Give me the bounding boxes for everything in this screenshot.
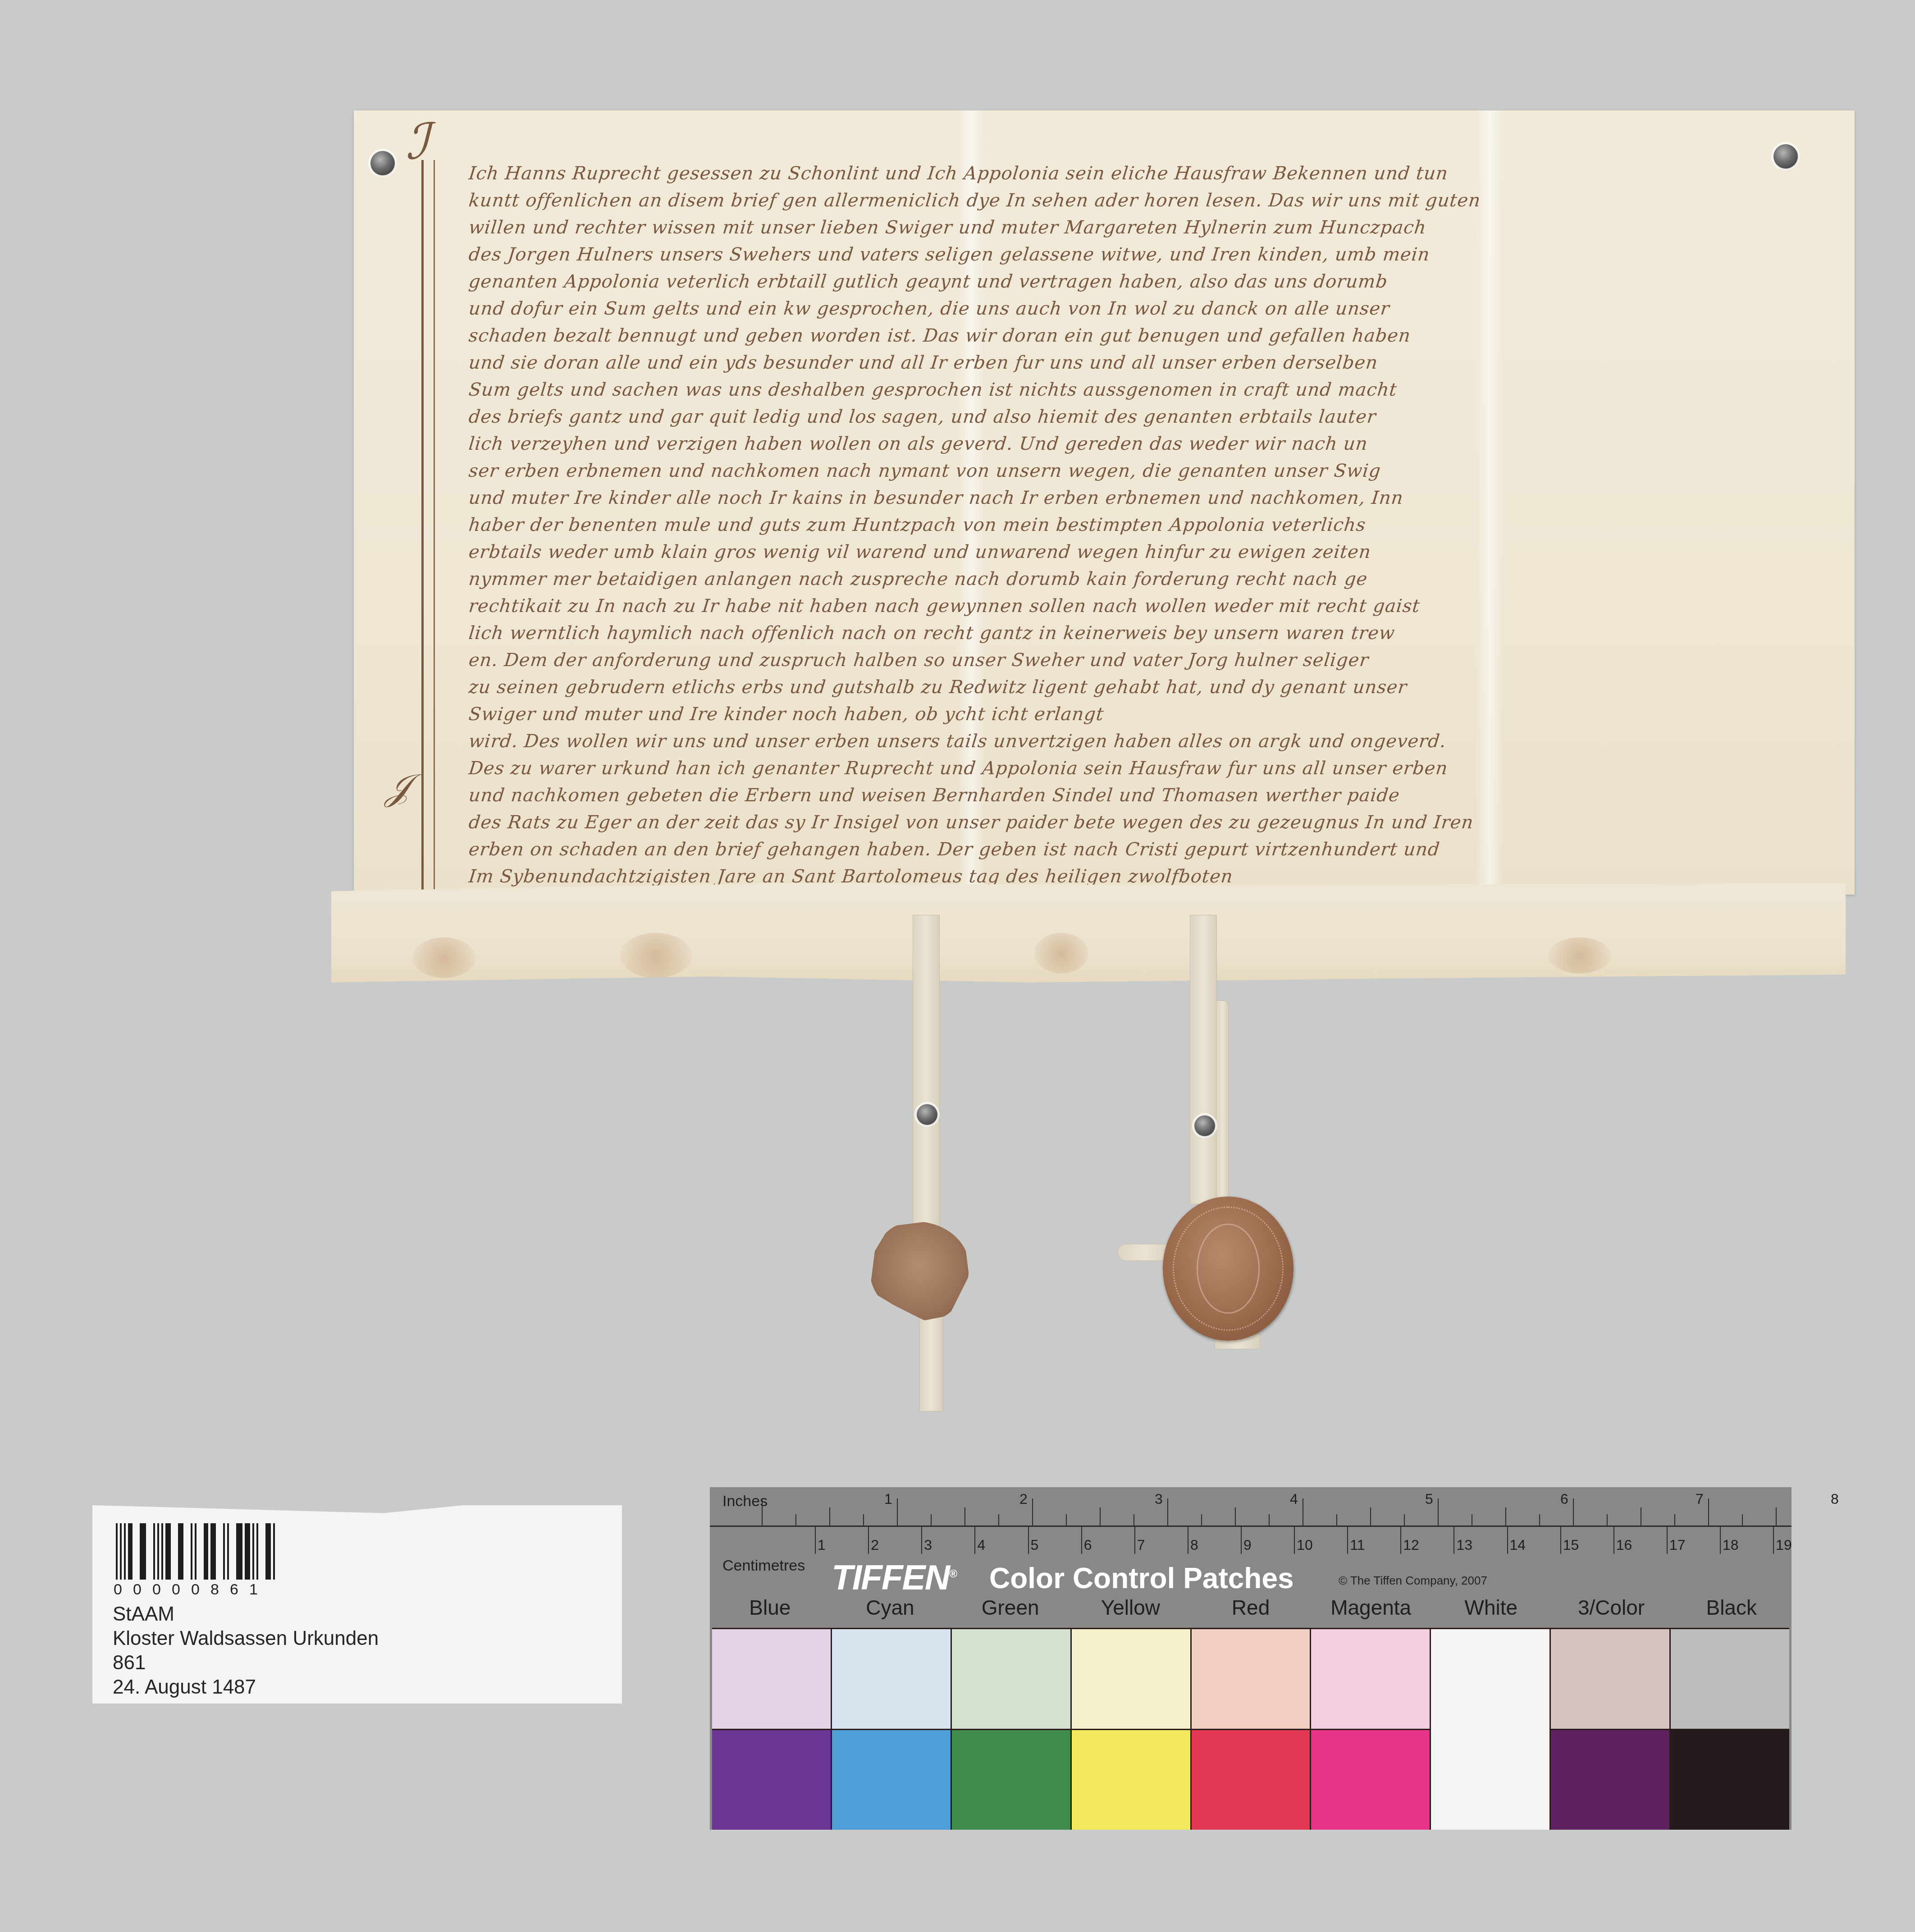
patch-light-black bbox=[1671, 1629, 1789, 1730]
ruler: Inches 12345678 bbox=[710, 1487, 1792, 1527]
seal-tag-tail bbox=[919, 1307, 943, 1411]
collection-name: Kloster Waldsassen Urkunden bbox=[113, 1626, 379, 1651]
seal-tag-strip bbox=[913, 915, 940, 1240]
script-line: rechtikait zu In nach zu Ir habe nit hab… bbox=[467, 593, 1831, 620]
patch-label-green: Green bbox=[950, 1595, 1070, 1620]
charter-text: Ich Hanns Ruprecht gesessen zu Schonlint… bbox=[469, 160, 1830, 890]
script-line: des Rats zu Eger an der zeit das sy Ir I… bbox=[467, 809, 1831, 836]
mounting-pin-icon bbox=[1194, 1115, 1215, 1136]
patch-light-blue bbox=[712, 1629, 831, 1730]
patch-column bbox=[1431, 1629, 1551, 1830]
barcode-digit: 8 bbox=[210, 1581, 219, 1599]
chart-title: Color Control Patches bbox=[989, 1562, 1294, 1595]
centimetre-number: 5 bbox=[1031, 1537, 1039, 1553]
centimetre-number: 16 bbox=[1616, 1537, 1632, 1553]
script-line: Sum gelts und sachen was uns deshalben g… bbox=[467, 376, 1831, 403]
patch-dark-magenta bbox=[1311, 1730, 1430, 1830]
script-line: lich werntlich haymlich nach offenlich n… bbox=[467, 620, 1831, 647]
patch-light-cyan bbox=[832, 1629, 951, 1730]
patch-dark-yellow bbox=[1072, 1730, 1190, 1830]
copyright: © The Tiffen Company, 2007 bbox=[1339, 1574, 1487, 1588]
patch-labels: BlueCyanGreenYellowRedMagentaWhite3/Colo… bbox=[710, 1595, 1792, 1620]
patch-light-red bbox=[1192, 1629, 1310, 1730]
centimetre-number: 9 bbox=[1243, 1537, 1252, 1553]
patch-label-3-color: 3/Color bbox=[1551, 1595, 1672, 1620]
barcode-digit: 0 bbox=[114, 1581, 122, 1599]
barcode-digit: 6 bbox=[230, 1581, 238, 1599]
patch-dark-black bbox=[1671, 1730, 1789, 1830]
script-line: Swiger und muter und Ire kinder noch hab… bbox=[467, 701, 1831, 728]
centimetre-number: 18 bbox=[1723, 1537, 1739, 1553]
document-number: 861 bbox=[113, 1651, 379, 1675]
patch-label-black: Black bbox=[1671, 1595, 1792, 1620]
inch-number: 2 bbox=[1019, 1491, 1028, 1507]
patch-column bbox=[1192, 1629, 1312, 1830]
patch-grid bbox=[712, 1628, 1789, 1830]
centimetre-number: 19 bbox=[1776, 1537, 1792, 1553]
patch-light-magenta bbox=[1311, 1629, 1430, 1730]
patch-label-red: Red bbox=[1191, 1595, 1311, 1620]
patch-column bbox=[1551, 1629, 1671, 1830]
centimetre-number: 8 bbox=[1190, 1537, 1198, 1553]
patch-label-blue: Blue bbox=[710, 1595, 830, 1620]
patch-column bbox=[1671, 1629, 1789, 1830]
catalog-label: 00000861 StAAM Kloster Waldsassen Urkund… bbox=[92, 1505, 622, 1704]
inch-number: 4 bbox=[1290, 1491, 1298, 1507]
patch-label-yellow: Yellow bbox=[1070, 1595, 1191, 1620]
centimetre-number: 11 bbox=[1350, 1537, 1365, 1553]
centimetre-number: 12 bbox=[1403, 1537, 1419, 1553]
barcode-digit: 0 bbox=[191, 1581, 200, 1599]
patch-light-yellow bbox=[1072, 1629, 1190, 1730]
mounting-pin-icon bbox=[917, 1104, 937, 1125]
seal-tag-strip-loop bbox=[1216, 1000, 1229, 1218]
script-line: en. Dem der anforderung und zuspruch hal… bbox=[467, 647, 1831, 674]
centimetre-number: 17 bbox=[1669, 1537, 1686, 1553]
script-line: und muter Ire kinder alle noch Ir kains … bbox=[467, 484, 1831, 512]
document-date: 24. August 1487 bbox=[113, 1675, 379, 1699]
script-line: willen und rechter wissen mit unser lieb… bbox=[467, 214, 1831, 241]
centimetre-number: 4 bbox=[977, 1537, 985, 1553]
script-line: ser erben erbnemen und nachkomen nach ny… bbox=[467, 457, 1831, 484]
script-line: lich verzeyhen und verzigen haben wollen… bbox=[467, 430, 1831, 457]
patch-dark-cyan bbox=[832, 1730, 951, 1830]
script-line: schaden bezalt bennugt und geben worden … bbox=[467, 322, 1831, 349]
centimetre-number: 6 bbox=[1084, 1537, 1092, 1553]
barcode-digit: 1 bbox=[249, 1581, 258, 1599]
plica-fold bbox=[331, 883, 1846, 982]
script-line: nymmer mer betaidigen anlangen nach zusp… bbox=[467, 566, 1831, 593]
patch-dark-3-color bbox=[1551, 1730, 1669, 1830]
patch-label-cyan: Cyan bbox=[830, 1595, 951, 1620]
patch-label-white: White bbox=[1431, 1595, 1551, 1620]
patch-light-green bbox=[952, 1629, 1070, 1730]
centimetre-number: 15 bbox=[1563, 1537, 1579, 1553]
barcode-digit: 0 bbox=[172, 1581, 180, 1599]
inch-number: 7 bbox=[1696, 1491, 1704, 1507]
mounting-pin-icon bbox=[370, 151, 395, 175]
patch-column bbox=[1072, 1629, 1192, 1830]
script-line: und nachkomen gebeten die Erbern und wei… bbox=[467, 782, 1831, 809]
inches-label: Inches bbox=[722, 1493, 768, 1510]
patch-dark-red bbox=[1192, 1730, 1310, 1830]
script-line: haber der benenten mule und guts zum Hun… bbox=[467, 512, 1831, 539]
script-line: erbtails weder umb klain gros wenig vil … bbox=[467, 539, 1831, 566]
patch-dark-white bbox=[1431, 1730, 1549, 1830]
centimetre-number: 10 bbox=[1297, 1537, 1313, 1553]
script-line: des briefs gantz und gar quit ledig und … bbox=[467, 403, 1831, 430]
barcode-digit: 0 bbox=[152, 1581, 161, 1599]
script-line: und dofur ein Sum gelts und ein kw gespr… bbox=[467, 295, 1831, 322]
centimetre-number: 3 bbox=[924, 1537, 932, 1553]
centimetre-number: 2 bbox=[871, 1537, 879, 1553]
seal-tag-strip bbox=[1190, 915, 1217, 1204]
patch-column bbox=[712, 1629, 832, 1830]
script-line: Ich Hanns Ruprecht gesessen zu Schonlint… bbox=[467, 160, 1831, 187]
centimetres-label: Centimetres bbox=[722, 1557, 805, 1575]
script-line: erben on schaden an den brief gehangen h… bbox=[467, 836, 1831, 863]
tiffen-logo: TIFFEN® bbox=[832, 1557, 956, 1598]
initial-letter-stroke bbox=[421, 160, 435, 904]
script-line: und sie doran alle und ein yds besunder … bbox=[467, 349, 1831, 376]
margin-flourish: 𝒥 bbox=[385, 766, 410, 808]
script-line: wird. Des wollen wir uns und unser erben… bbox=[467, 728, 1831, 755]
barcode bbox=[116, 1523, 275, 1580]
patch-light-3-color bbox=[1551, 1629, 1669, 1730]
archive-name: StAAM bbox=[113, 1602, 379, 1626]
color-control-chart: Inches 12345678 Centimetres 123456789101… bbox=[710, 1487, 1792, 1830]
seal-emblem bbox=[1197, 1224, 1260, 1314]
centimetre-number: 7 bbox=[1137, 1537, 1145, 1553]
patch-dark-green bbox=[952, 1730, 1070, 1830]
inch-number: 3 bbox=[1155, 1491, 1163, 1507]
script-line: des Jorgen Hulners unsers Swehers und va… bbox=[467, 241, 1831, 268]
patch-label-magenta: Magenta bbox=[1311, 1595, 1431, 1620]
patch-column bbox=[952, 1629, 1072, 1830]
inch-number: 8 bbox=[1831, 1491, 1839, 1507]
wax-seal-round bbox=[1163, 1197, 1293, 1341]
inch-number: 1 bbox=[884, 1491, 892, 1507]
inch-number: 6 bbox=[1560, 1491, 1568, 1507]
barcode-digit: 0 bbox=[133, 1581, 142, 1599]
centimetre-number: 14 bbox=[1510, 1537, 1526, 1553]
centimetre-number: 1 bbox=[818, 1537, 826, 1553]
centimetre-number: 13 bbox=[1456, 1537, 1472, 1553]
script-line: genanten Appolonia veterlich erbtaill gu… bbox=[467, 268, 1831, 295]
patch-column bbox=[1311, 1629, 1431, 1830]
wax-seal-fragment bbox=[870, 1221, 969, 1320]
patch-dark-blue bbox=[712, 1730, 831, 1830]
inch-number: 5 bbox=[1425, 1491, 1433, 1507]
patch-light-white bbox=[1431, 1629, 1549, 1730]
script-line: kuntt offenlichen an disem brief gen all… bbox=[467, 187, 1831, 214]
script-line: zu seinen gebrudern etlichs erbs und gut… bbox=[467, 674, 1831, 701]
barcode-number: 00000861 bbox=[114, 1581, 258, 1599]
script-line: Des zu warer urkund han ich genanter Rup… bbox=[467, 755, 1831, 782]
patch-column bbox=[832, 1629, 952, 1830]
